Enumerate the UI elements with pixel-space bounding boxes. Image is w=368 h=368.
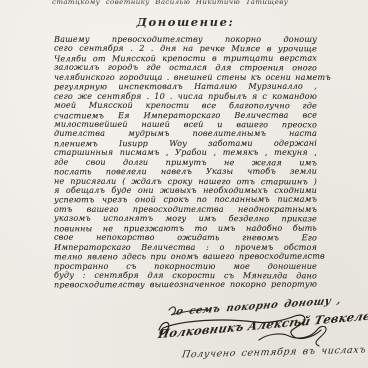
body-line: превосходителству вышеозначенное покорно… [54,280,317,290]
signature-flourish-icon [155,296,335,352]
body-line: заложилъ городъ где остался для строения… [54,63,317,73]
report-body: Вашему превосходителству покорно доношус… [54,35,317,290]
received-note: Получено сентября въ числахъ [181,345,367,361]
report-title: Доношение: [54,15,317,29]
body-line: успеютъ чрезъ оной срокъ по посланнымъ п… [54,195,317,205]
body-line: телно явлено здесь при ономъ вашего прев… [54,252,317,262]
body-line: не присягали ( ждалъ сроку нашего отъ ст… [54,176,317,186]
body-line: регулярную инспектовалъ Наталию Мурзинал… [54,82,317,92]
signature-note: о семъ покорно доношу , [175,295,342,318]
address-line: статцкому советнику Василью Никитичю Тат… [52,0,318,6]
body-line: милостивейшей нашей всей и вашего преосх… [54,120,317,130]
document-scan: статцкому советнику Василью Никитичю Тат… [0,0,368,368]
signature-name: Полковникъ Алексѣй Тевкелевъ [157,307,368,341]
body-line: плениемъ Iusupp Woy заботами одержані [54,138,317,148]
body-line: свое непокорство ожидать гневомъ Его [54,233,317,243]
